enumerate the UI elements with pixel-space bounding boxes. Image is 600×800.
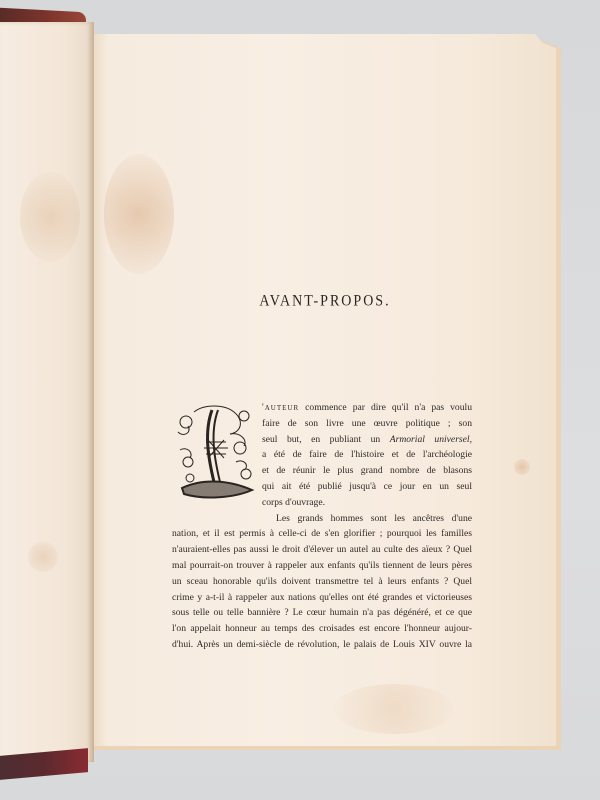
- text-line: 'auteur commence par dire qu'il n'a pas …: [172, 400, 472, 416]
- text-line: l'on appelait honneur au temps des crois…: [172, 621, 472, 637]
- page-title: AVANT-PROPOS.: [94, 293, 556, 311]
- foxing-spot: [514, 459, 530, 475]
- foxing-stain: [334, 684, 454, 734]
- text-line: crime y a-t-il à rappeler aux nations qu…: [172, 590, 472, 606]
- body-text: 'auteur commence par dire qu'il n'a pas …: [172, 400, 472, 653]
- foxing-stain: [20, 172, 80, 262]
- text-line: n'auraient-elles pas aussi le droit d'él…: [172, 542, 472, 558]
- text-line: seul but, en publiant un Armorial univer…: [172, 432, 472, 448]
- text-line: et de réunir le plus grand nombre de bla…: [172, 463, 472, 479]
- text-line: a été de faire de l'histoire et de l'arc…: [172, 447, 472, 463]
- left-page: [0, 22, 94, 762]
- text-line: nation, et il est permis à celle-ci de s…: [172, 526, 472, 542]
- text-line: mal pourrait-on trouver à rappeler aux e…: [172, 558, 472, 574]
- foxing-stain: [28, 542, 58, 572]
- text-line: qui ait été publié jusqu'à ce jour en un…: [172, 479, 472, 495]
- foxing-stain: [104, 154, 174, 274]
- text-line: Les grands hommes sont les ancêtres d'un…: [172, 511, 472, 527]
- text-line: faire de son livre une œuvre politique ;…: [172, 416, 472, 432]
- text-line: un sceau honorable qu'ils doivent transm…: [172, 574, 472, 590]
- text-line: sous telle ou telle bannière ? Le cœur h…: [172, 605, 472, 621]
- text-line: d'hui. Après un demi-siècle de révolutio…: [172, 637, 472, 653]
- text-line: corps d'ouvrage.: [172, 495, 472, 511]
